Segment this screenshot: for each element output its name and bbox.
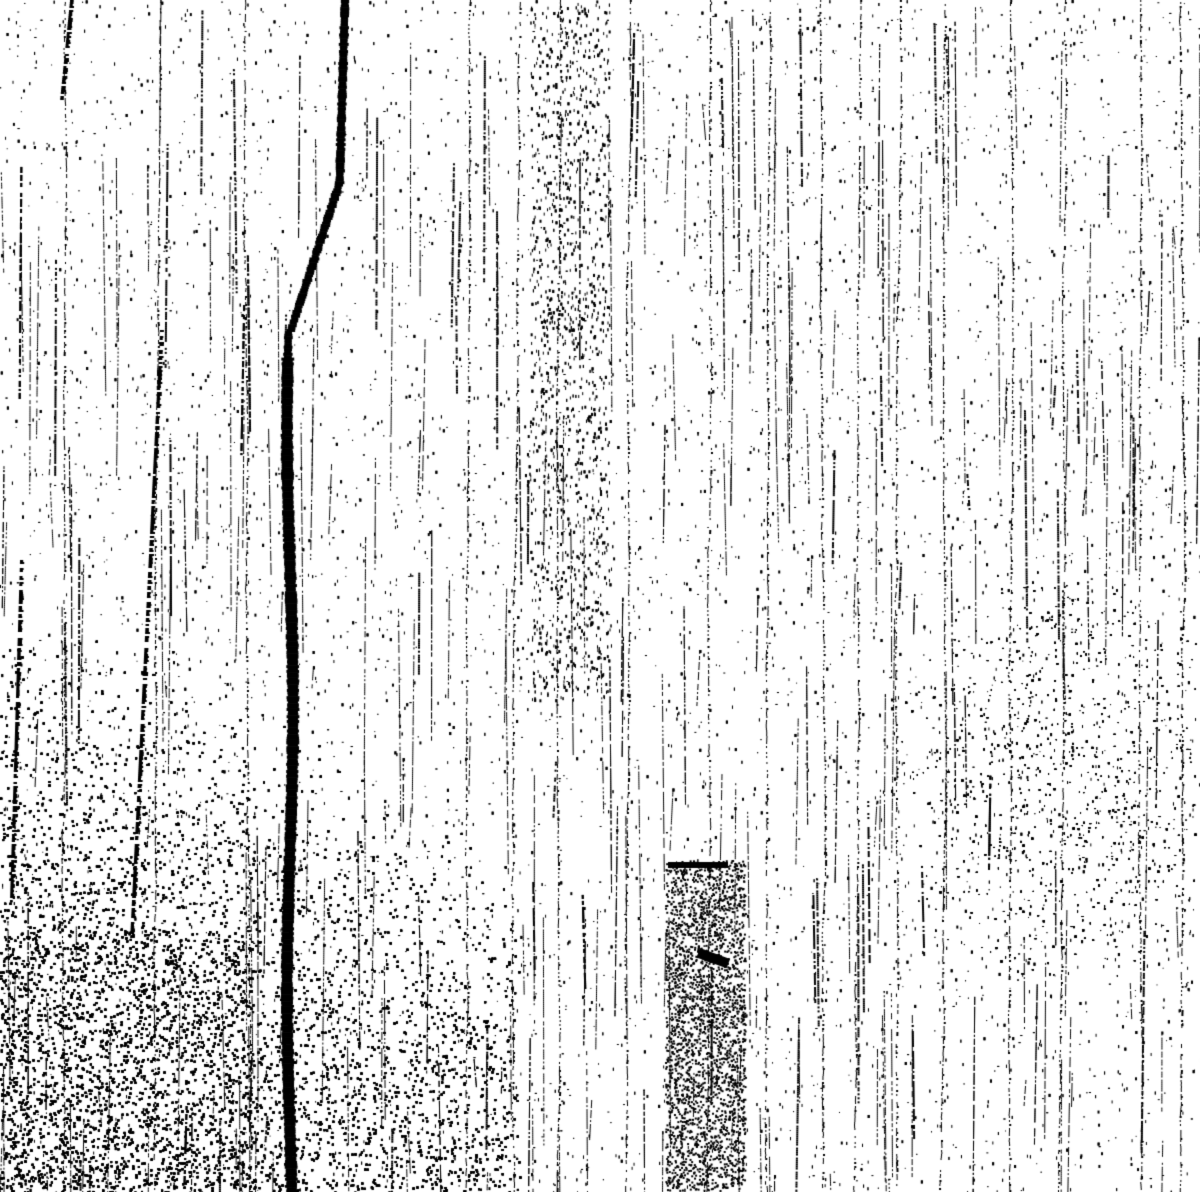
grunge-wood-texture	[0, 0, 1200, 1192]
texture-canvas	[0, 0, 1200, 1192]
